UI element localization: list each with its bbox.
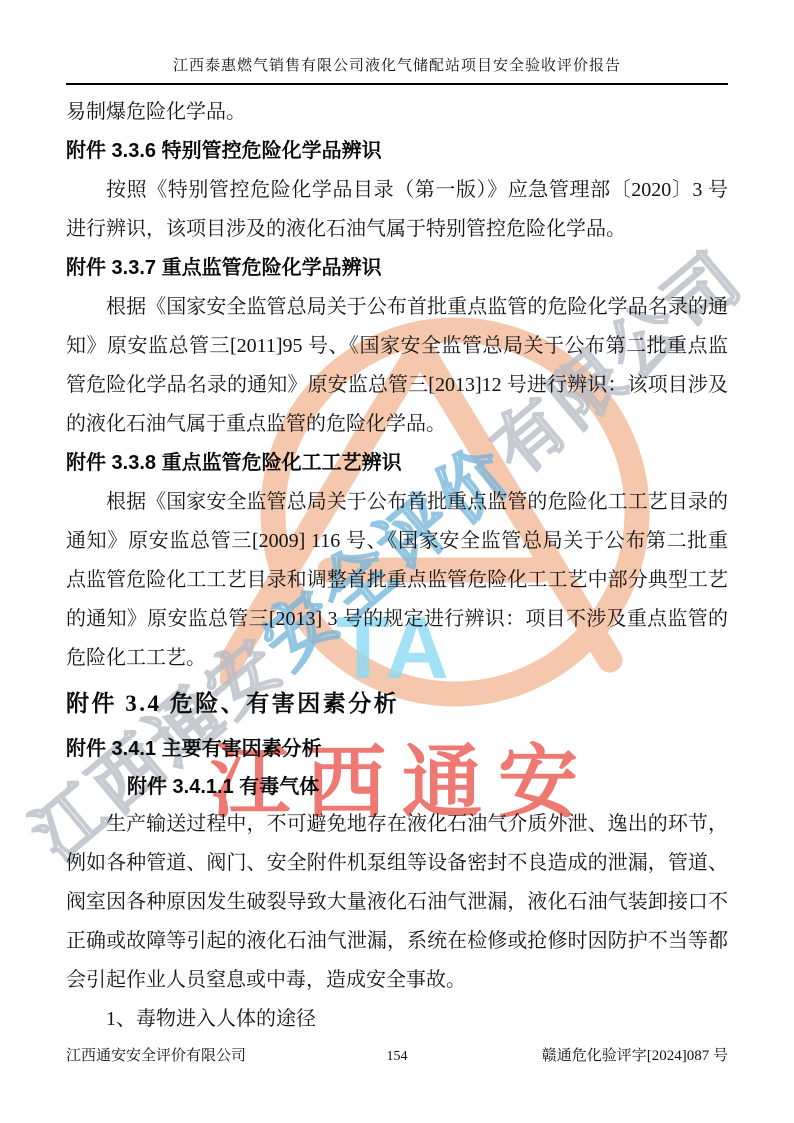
footer-company: 江西通安安全评价有限公司 [66,1044,387,1065]
section-h2-3: 附件 3.3.7 重点监管危险化学品辨识 [66,249,728,288]
section-h1-7: 附件 3.4 危险、有害因素分析 [66,680,728,728]
section-h3-9: 附件 3.4.1.1 有毒气体 [127,769,728,805]
section-h2-1: 附件 3.3.6 特别管控危险化学品辨识 [66,132,728,171]
footer-doc-number: 赣通危化验评字[2024]087 号 [408,1044,729,1065]
content: 易制爆危险化学品。附件 3.3.6 特别管控危险化学品辨识按照《特别管控危险化学… [66,93,728,1039]
section-p-4: 根据《国家安全监管总局关于公布首批重点监管的危险化学品名录的通知》原安监总管三[… [66,288,728,444]
section-p-10: 生产输送过程中，不可避免地存在液化石油气介质外泄、逸出的环节，例如各种管道、阀门… [66,805,728,1000]
header-rule [66,83,728,85]
section-p-item-11: 1、毒物进入人体的途径 [66,1000,728,1039]
document-body: 江西泰惠燃气销售有限公司液化气储配站项目安全验收评价报告 易制爆危险化学品。附件… [0,0,794,1039]
report-page: TA 江西通安安全评价有限公司 江西通安 江西泰惠燃气销售有限公司液化气储配站项… [0,0,794,1123]
report-header: 江西泰惠燃气销售有限公司液化气储配站项目安全验收评价报告 [66,0,728,85]
section-p-6: 根据《国家安全监管总局关于公布首批重点监管的危险化工工艺目录的通知》原安监总管三… [66,483,728,678]
section-h2-8: 附件 3.4.1 主要有害因素分析 [66,730,728,769]
section-p-2: 按照《特别管控危险化学品目录（第一版）》应急管理部〔2020〕3 号进行辨识，该… [66,171,728,249]
section-h2-5: 附件 3.3.8 重点监管危险化工工艺辨识 [66,444,728,483]
section-p-cont-0: 易制爆危险化学品。 [66,93,728,132]
page-footer: 江西通安安全评价有限公司 154 赣通危化验评字[2024]087 号 [66,1044,728,1065]
header-title: 江西泰惠燃气销售有限公司液化气储配站项目安全验收评价报告 [66,56,728,76]
footer-page-number: 154 [387,1049,408,1065]
